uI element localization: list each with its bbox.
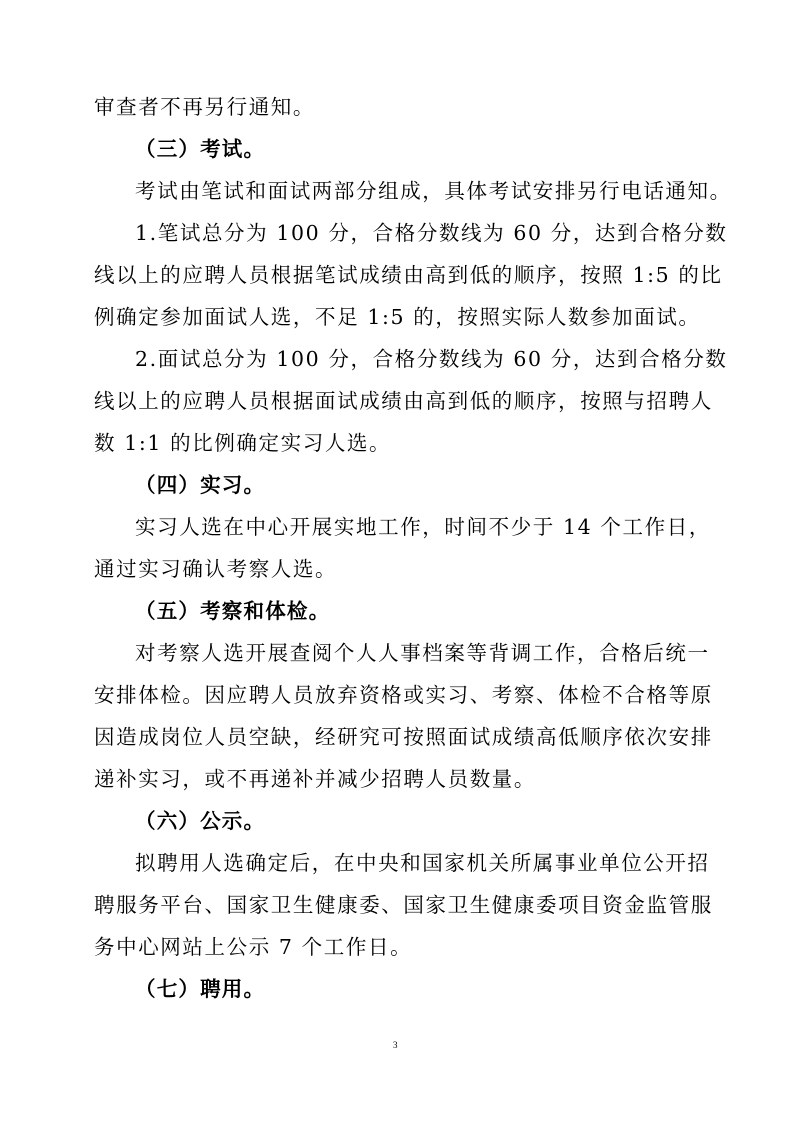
- body-text-line: 1.笔试总分为 100 分，合格分数线为 60 分，达到合格分数: [135, 218, 728, 248]
- body-text-line: 线以上的应聘人员根据面试成绩由高到低的顺序，按照与招聘人: [94, 386, 713, 416]
- body-text-line: 务中心网站上公示 7 个工作日。: [94, 932, 412, 962]
- section-heading-publicity: （六）公示。: [135, 806, 265, 836]
- body-text-line: 通过实习确认考察人选。: [94, 554, 337, 584]
- body-text-line: 递补实习，或不再递补并减少招聘人员数量。: [94, 764, 536, 794]
- body-text-line: 拟聘用人选确定后，在中央和国家机关所属事业单位公开招: [135, 848, 710, 878]
- body-text-line: 例确定参加面试人选，不足 1:5 的，按照实际人数参加面试。: [94, 302, 701, 332]
- section-heading-inspection: （五）考察和体检。: [135, 596, 330, 626]
- body-text-line: 考试由笔试和面试两部分组成，具体考试安排另行电话通知。: [135, 176, 732, 206]
- body-text-line: 2.面试总分为 100 分，合格分数线为 60 分，达到合格分数: [135, 344, 728, 374]
- body-text-line: 实习人选在中心开展实地工作，时间不少于 14 个工作日，: [135, 512, 711, 542]
- body-text-line: 审查者不再另行通知。: [94, 92, 315, 122]
- body-text-line: 数 1:1 的比例确定实习人选。: [94, 428, 391, 458]
- body-text-line: 对考察人选开展查阅个人人事档案等背调工作，合格后统一: [135, 638, 710, 668]
- body-text-line: 因造成岗位人员空缺，经研究可按照面试成绩高低顺序依次安排: [94, 722, 713, 752]
- body-text-line: 安排体检。因应聘人员放弃资格或实习、考察、体检不合格等原: [94, 680, 713, 710]
- page-number: 3: [393, 1040, 398, 1050]
- section-heading-employment: （七）聘用。: [135, 974, 265, 1004]
- section-heading-internship: （四）实习。: [135, 470, 265, 500]
- body-text-line: 线以上的应聘人员根据笔试成绩由高到低的顺序，按照 1:5 的比: [94, 260, 723, 290]
- body-text-line: 聘服务平台、国家卫生健康委、国家卫生健康委项目资金监管服: [94, 890, 713, 920]
- section-heading-exam: （三）考试。: [135, 134, 265, 164]
